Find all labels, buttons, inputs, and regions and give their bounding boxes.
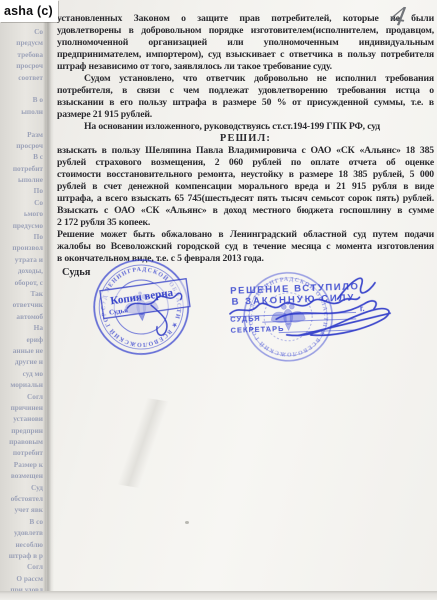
document-line: Судом установлено, что ответчик добровол… bbox=[57, 73, 434, 85]
document-line: установленных Законом о защите прав потр… bbox=[57, 13, 434, 25]
document-line: уполномоченной организацией или уполномо… bbox=[57, 37, 434, 49]
force-stamp-secretary-label: СЕКРЕТАРЬ bbox=[230, 324, 284, 335]
document-line: штрафа, а всего взыскать 65 745(шестьдес… bbox=[57, 193, 434, 205]
document-line: потребителя, в связи с чем подлежат удов… bbox=[57, 85, 434, 97]
force-stamp-judge-label: СУДЬЯ bbox=[230, 314, 261, 324]
document-line: стоимости восстановительного ремонта, не… bbox=[57, 169, 434, 181]
document-line: штраф независимо от того, заявлялось ли … bbox=[57, 61, 434, 73]
photo-bottom-edge bbox=[0, 591, 437, 600]
document-body: установленных Законом о защите прав потр… bbox=[57, 13, 434, 265]
document-line: взыскании в его пользу штрафа в размере … bbox=[57, 97, 434, 109]
copy-certification-stamp: СУД ЛЕНИНГРАДСКОЙ ОБЛАСТИ ★ ВСЕВОЛОЖСКИЙ… bbox=[77, 249, 207, 383]
document-line: Решение может быть обжаловано в Ленингра… bbox=[57, 229, 434, 241]
document-line: рублей в счет денежной компенсации морал… bbox=[57, 181, 434, 193]
document-line: Взыскать с ОАО «СК «Альянс» в доход мест… bbox=[57, 205, 434, 217]
document-line: удовлетворены в добровольном порядке изг… bbox=[57, 25, 434, 37]
watermark-label: asha (c) bbox=[0, 0, 58, 22]
scanned-photo-frame: СопредусмтребовапросрочсоответВ оыполнРа… bbox=[0, 0, 437, 600]
document-line: размере 21 915 рублей. bbox=[57, 109, 434, 121]
paper-speck bbox=[185, 521, 189, 524]
document-line: взыскать в пользу Шеляпина Павла Владими… bbox=[57, 145, 434, 157]
document-line: На основании изложенного, руководствуясь… bbox=[57, 121, 434, 133]
page-edge-shadow bbox=[43, 0, 54, 600]
document-line: предпринимателем, импортером), суд взыск… bbox=[57, 49, 434, 61]
resolution-heading: РЕШИЛ: bbox=[57, 133, 434, 145]
document-line: 2 172 рубля 35 копеек. bbox=[57, 217, 434, 229]
legal-force-stamp: СУД ЛЕНИНГРАДСКОЙ ОБЛАСТИ ★ ВСЕВОЛОЖСКИЙ… bbox=[216, 249, 405, 375]
reverse-page-text-strip: СопредусмтребовапросрочсоответВ оыполнРа… bbox=[0, 0, 46, 600]
document-line: рублей страхового возмещения, 2 060 рубл… bbox=[57, 157, 434, 169]
